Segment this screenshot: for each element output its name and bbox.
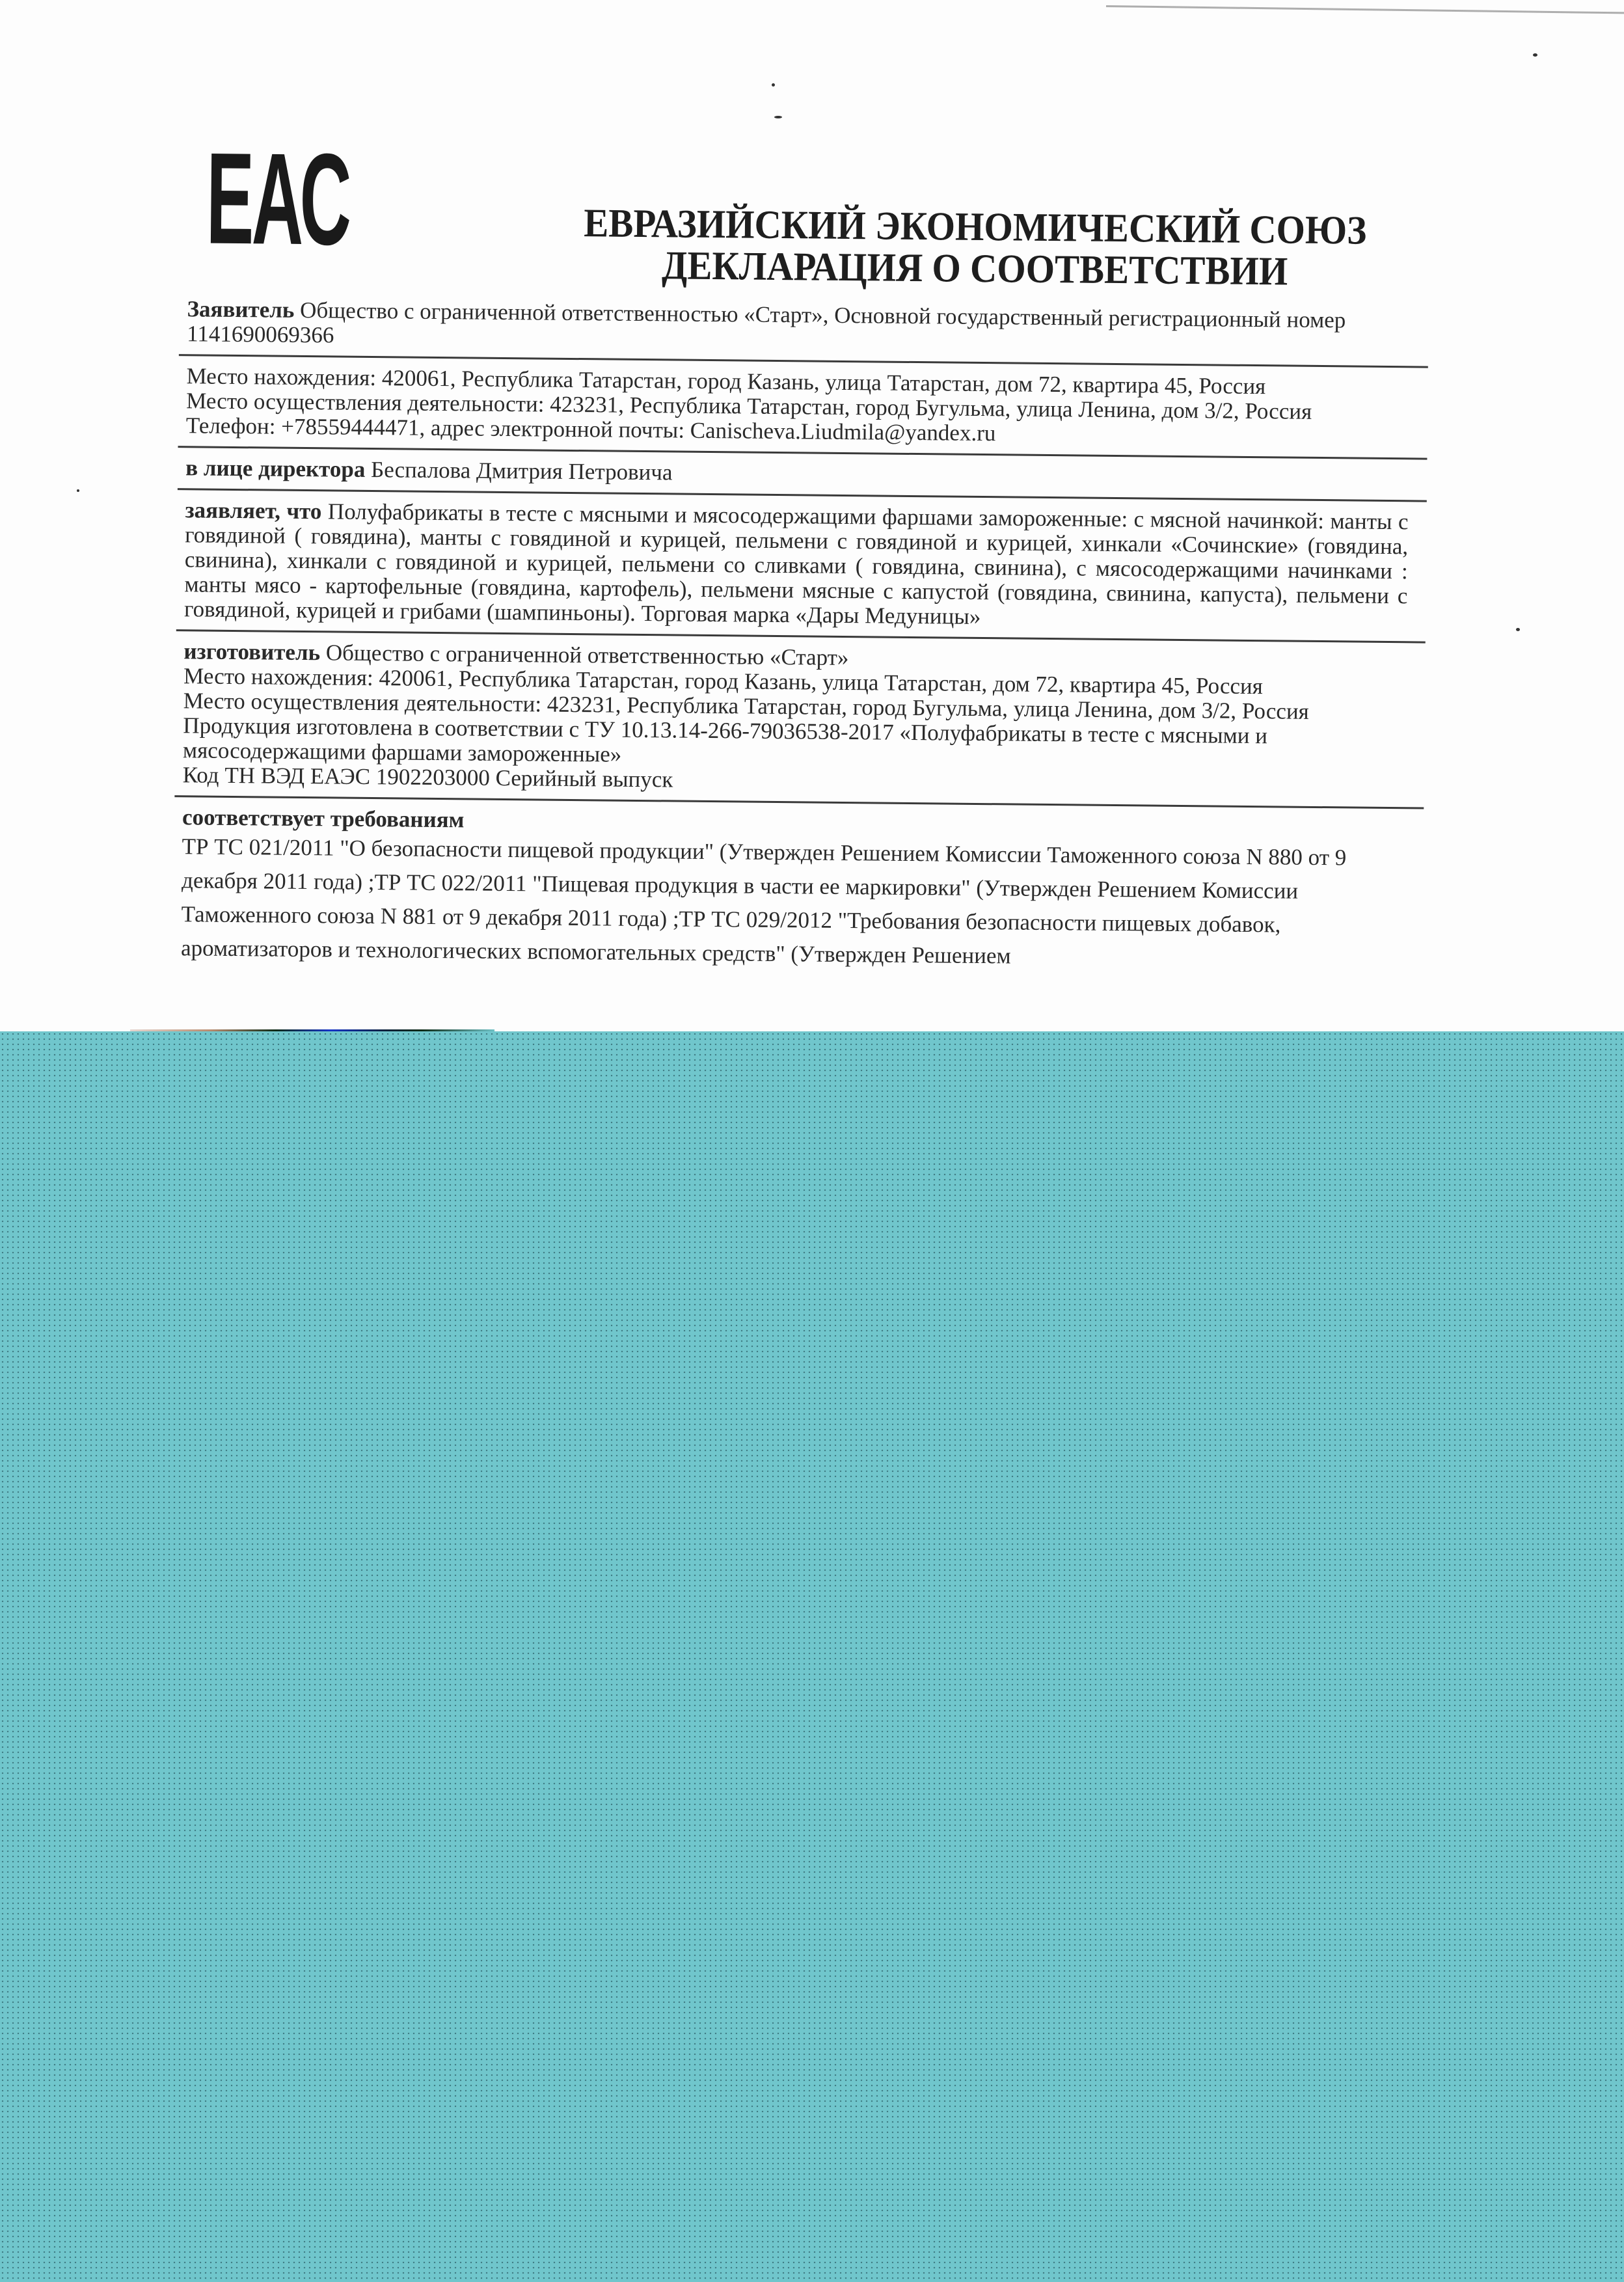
director-name: Беспалова Дмитрия Петровича [371, 457, 673, 485]
conforms-text: ТР ТС 021/2011 "О безопасности пищевой п… [181, 830, 1405, 977]
declares-section: заявляет, что Полуфабрикаты в тесте с мя… [184, 494, 1409, 638]
declaration-body: Заявитель Общество с ограниченной ответс… [181, 293, 1411, 982]
scan-edge-line [1106, 5, 1624, 14]
applicant-address-section: Место нахождения: 420061, Республика Тат… [186, 360, 1410, 455]
scan-speck [774, 116, 782, 118]
title-line-declaration: ДЕКЛАРАЦИЯ О СООТВЕТСТВИИ [556, 244, 1394, 293]
scan-speck [772, 83, 775, 87]
declares-label: заявляет, что [185, 497, 321, 524]
scan-speck [1516, 628, 1520, 631]
manufacturer-section: изготовитель Общество с ограниченной отв… [182, 635, 1407, 804]
scan-speck [1533, 53, 1537, 57]
scanned-page: ЕАС ЕВРАЗИЙСКИЙ ЭКОНОМИЧЕСКИЙ СОЮЗ ДЕКЛА… [0, 0, 1624, 1031]
eac-logo: ЕАС [206, 144, 349, 256]
declares-text: Полуфабрикаты в тесте с мясными и мясосо… [184, 498, 1409, 629]
scan-speck [77, 489, 79, 492]
applicant-text: Общество с ограниченной ответственностью… [187, 297, 1346, 348]
manufacturer-label: изготовитель [183, 638, 320, 665]
applicant-label: Заявитель [187, 296, 294, 323]
director-label: в лице директора [185, 455, 366, 482]
declaration-document: ЕАС ЕВРАЗИЙСКИЙ ЭКОНОМИЧЕСКИЙ СОЮЗ ДЕКЛА… [169, 143, 1438, 156]
teal-overlay-region [0, 1031, 1624, 2282]
page-title: ЕВРАЗИЙСКИЙ ЭКОНОМИЧЕСКИЙ СОЮЗ ДЕКЛАРАЦИ… [556, 202, 1394, 293]
applicant-section: Заявитель Общество с ограниченной ответс… [187, 293, 1411, 363]
conforms-section: соответствует требованиям ТР ТС 021/2011… [181, 801, 1405, 982]
